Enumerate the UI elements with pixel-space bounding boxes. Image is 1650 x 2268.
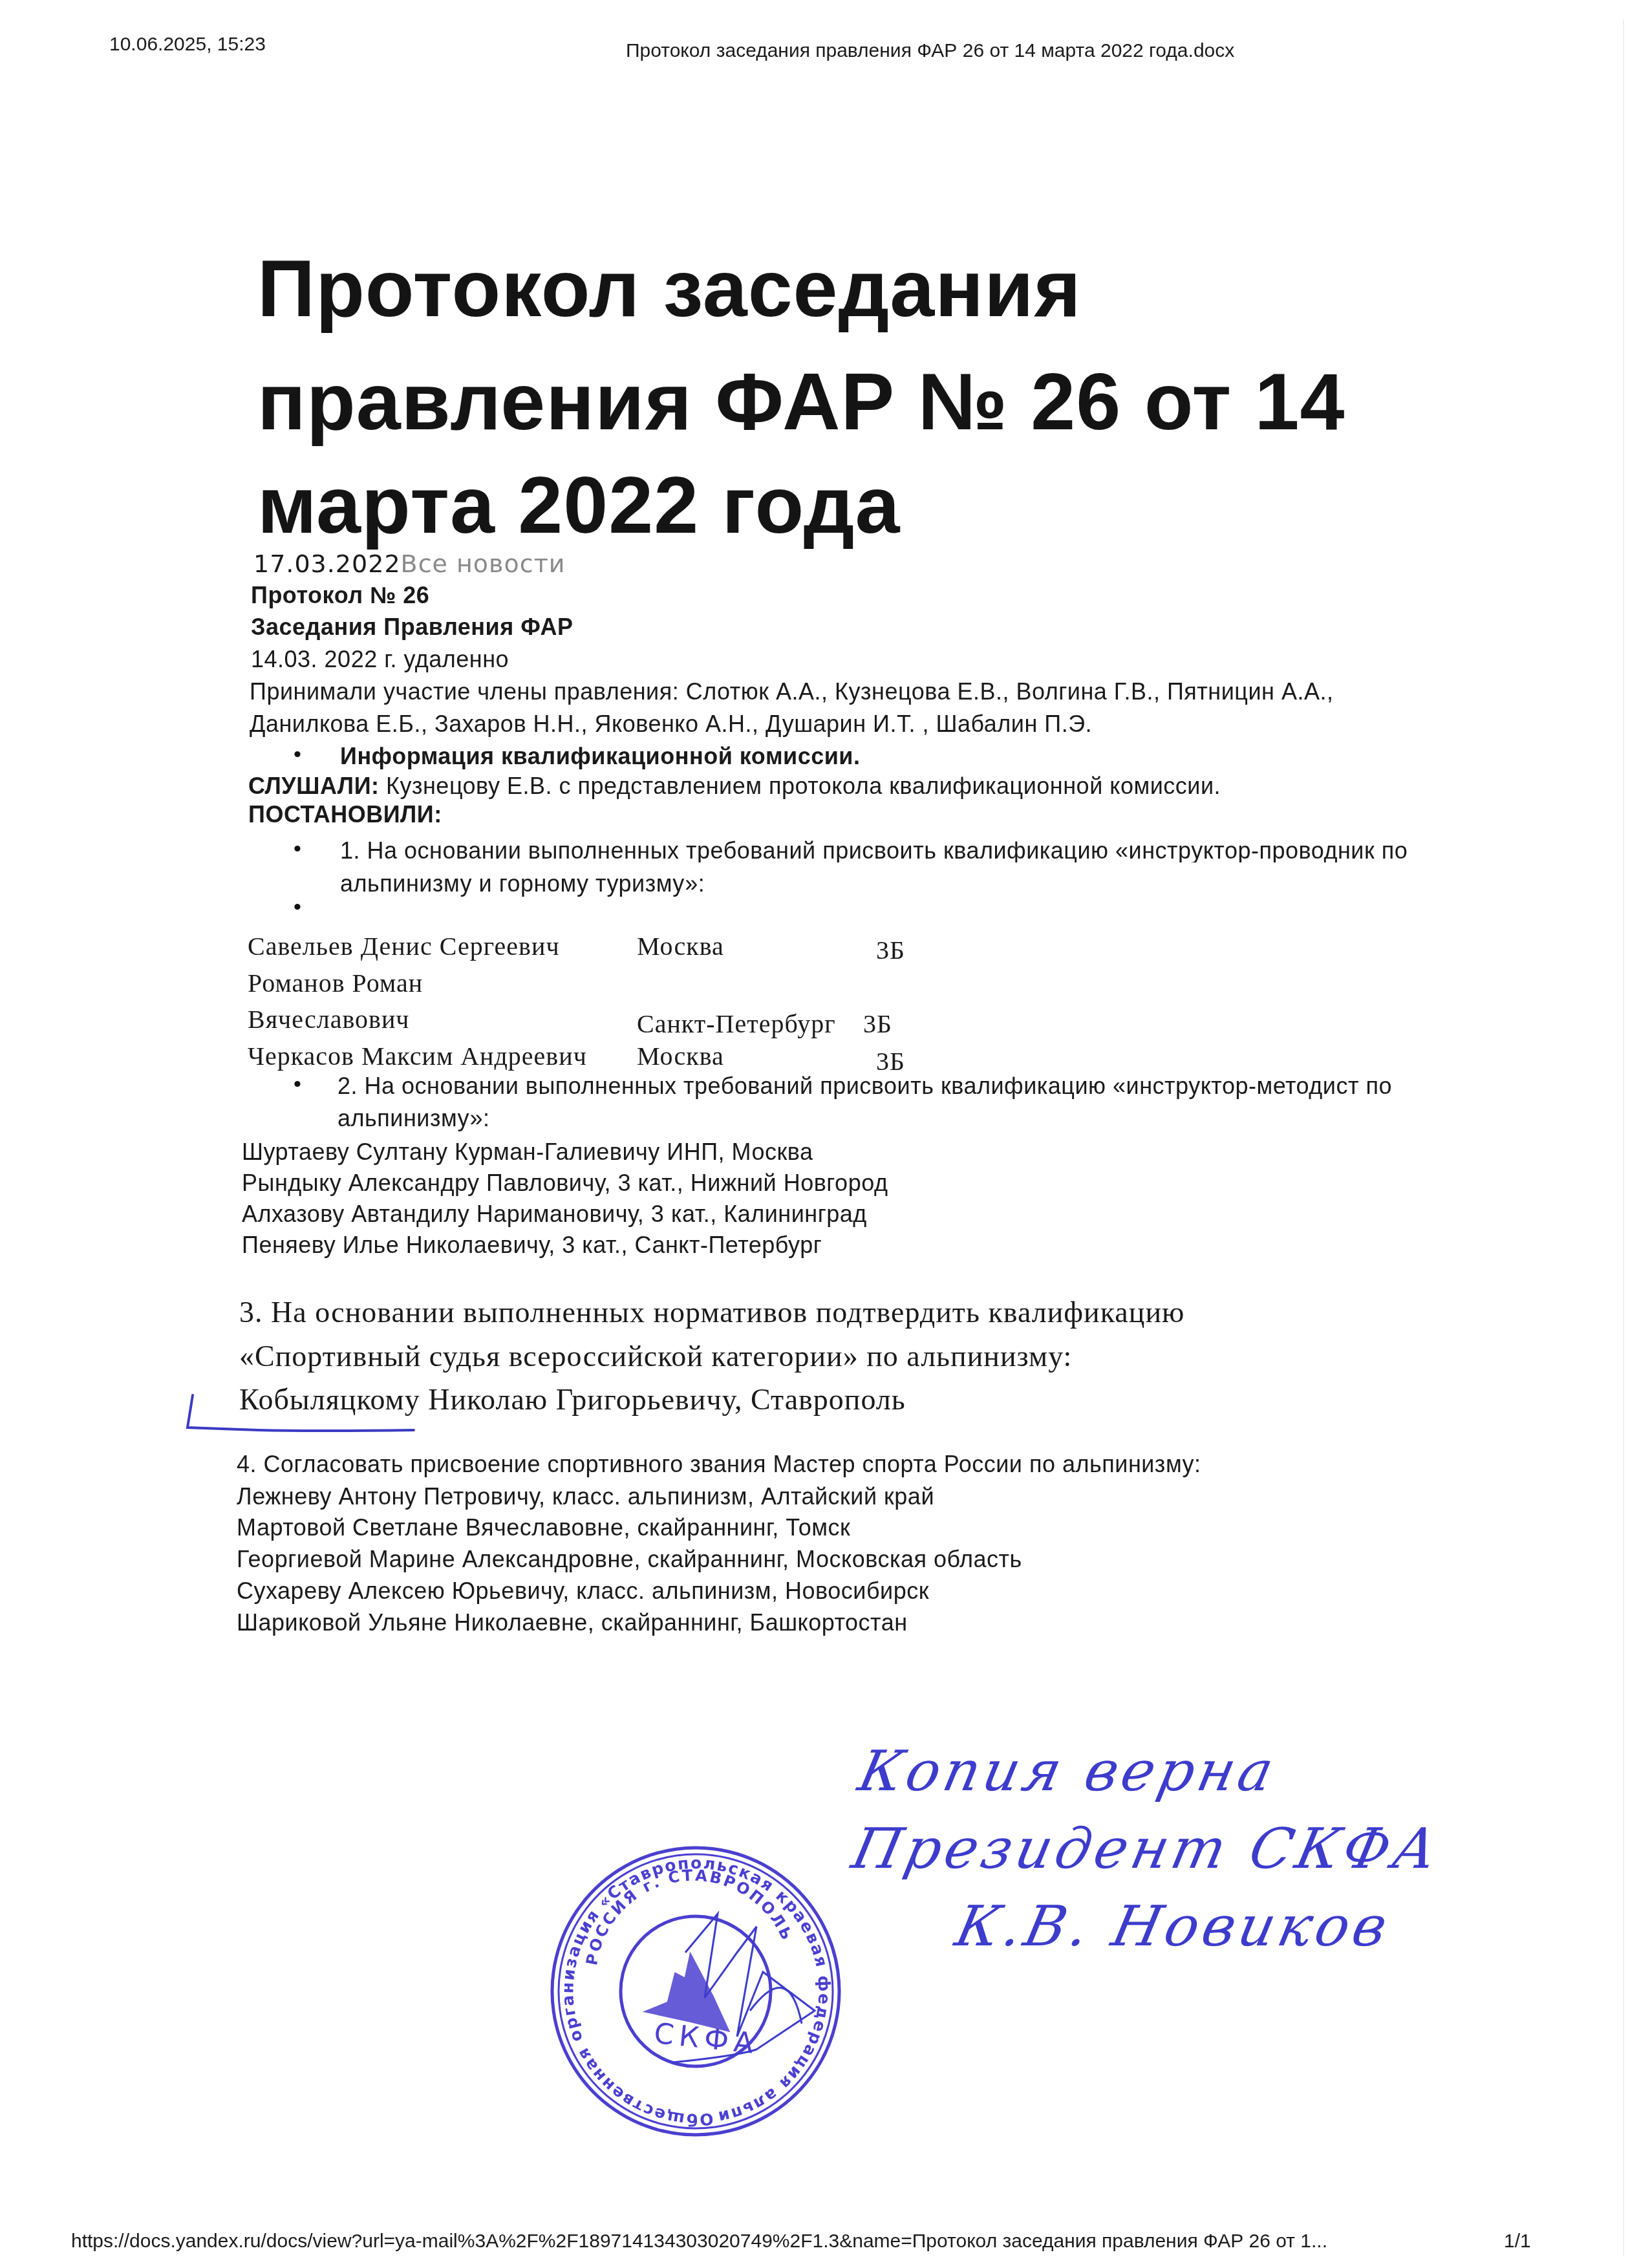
bullet-icon: • [294, 1072, 301, 1097]
table-row-city: Москва [637, 931, 724, 961]
title-line-1: Протокол заседания [257, 249, 1082, 329]
print-page-number: 1/1 [1504, 2231, 1531, 2252]
handwritten-checkmark-icon [181, 1390, 427, 1435]
list-item: Мартовой Светлане Вячеславовне, скайранн… [237, 1516, 850, 1539]
list-item: Шариковой Ульяне Николаевне, скайраннинг… [237, 1611, 908, 1634]
decision-3-line-1: 3. На основании выполненных нормативов п… [239, 1295, 1184, 1329]
heard-line: СЛУШАЛИ: Кузнецову Е.В. с представлением… [248, 775, 1221, 798]
all-news-link[interactable]: Все новости [401, 550, 566, 578]
organization-stamp: Общественная организация «Ставропольская… [543, 1843, 853, 2140]
published-date: 17.03.2022 [253, 550, 401, 578]
table-row-city: Москва [637, 1041, 724, 1071]
table-row-city: Санкт-Петербург [637, 1009, 836, 1039]
decided-label: ПОСТАНОВИЛИ: [248, 803, 442, 826]
list-item: Алхазову Автандилу Наримановичу, 3 кат.,… [242, 1203, 867, 1226]
print-footer-url: https://docs.yandex.ru/docs/view?url=ya-… [71, 2231, 1327, 2252]
bullet-icon: • [294, 742, 301, 767]
certification-line-3: К.В. Новиков [950, 1894, 1396, 1959]
bullet-icon: • [294, 837, 301, 862]
table-row-category: 3Б [876, 1046, 905, 1076]
certification-line-2: Президент СКФА [846, 1817, 1446, 1881]
decision-3-line-2: «Спортивный судья всероссийской категори… [239, 1339, 1072, 1373]
title-line-2: правления ФАР № 26 от 14 [257, 362, 1345, 442]
participants-line-2: Данилкова Е.Б., Захаров Н.Н., Яковенко А… [250, 712, 1092, 736]
table-row-name: Вячеславович [248, 1004, 409, 1034]
table-row-name: Савельев Денис Сергеевич [248, 931, 560, 961]
heard-text: Кузнецову Е.В. с представлением протокол… [380, 773, 1221, 799]
list-item: Сухареву Алексею Юрьевичу, класс. альпин… [237, 1579, 929, 1603]
protocol-number: Протокол № 26 [251, 584, 429, 607]
heard-label: СЛУШАЛИ: [248, 773, 380, 799]
table-row-name: Романов Роман [248, 968, 423, 998]
decision-4-line-1: 4. Согласовать присвоение спортивного зв… [237, 1453, 1201, 1476]
list-item: Георгиевой Марине Александровне, скайран… [237, 1548, 1022, 1571]
table-row-category: 3Б [876, 935, 905, 965]
list-item: Лежневу Антону Петровичу, класс. альпини… [237, 1485, 934, 1508]
meeting-date-place: 14.03. 2022 г. удаленно [251, 648, 509, 671]
title-line-3: марта 2022 года [257, 465, 900, 546]
protocol-subtitle: Заседания Правления ФАР [251, 615, 573, 639]
certification-line-1: Копия верна [853, 1739, 1283, 1804]
participants-line-1: Принимали участие члены правления: Слотю… [250, 680, 1333, 703]
print-document-title: Протокол заседания правления ФАР 26 от 1… [626, 40, 1234, 62]
print-datetime: 10.06.2025, 15:23 [109, 34, 266, 56]
meta-line: 17.03.2022Все новости [253, 551, 565, 576]
bullet-icon: • [294, 895, 301, 920]
stamp-logo-text: СКФА [652, 2017, 760, 2061]
decision-2-line-1: 2. На основании выполненных требований п… [337, 1075, 1392, 1098]
decision-1-line-1: 1. На основании выполненных требований п… [340, 839, 1552, 862]
table-row-name: Черкасов Максим Андреевич [248, 1041, 587, 1071]
decision-1-line-2: альпинизму и горному туризму»: [340, 872, 705, 895]
table-row-category: 3Б [863, 1009, 892, 1039]
list-item: Пеняеву Илье Николаевичу, 3 кат., Санкт-… [242, 1234, 822, 1257]
agenda-item: Информация квалификационной комиссии. [340, 745, 860, 768]
decision-2-line-2: альпинизму»: [337, 1107, 489, 1130]
list-item: Шуртаеву Султану Курман-Галиевичу ИНП, М… [242, 1140, 813, 1164]
list-item: Рындыку Александру Павловичу, 3 кат., Ни… [242, 1171, 888, 1195]
